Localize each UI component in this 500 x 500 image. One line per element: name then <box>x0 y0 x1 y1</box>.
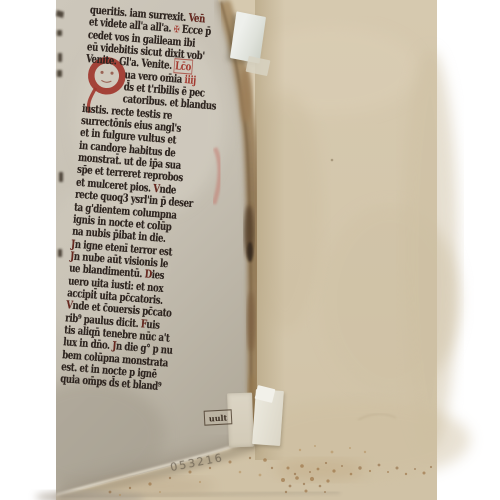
manuscript-photo: queritis. iam surrexit. Ven̄et videte al… <box>0 0 500 500</box>
catchword-text: uult <box>209 412 228 423</box>
manuscript-text-block: queritis. iam surrexit. Ven̄et videte al… <box>60 4 240 397</box>
manuscript-lines: queritis. iam surrexit. Ven̄et videte al… <box>60 4 240 397</box>
catchword-frame: uult <box>204 409 233 425</box>
